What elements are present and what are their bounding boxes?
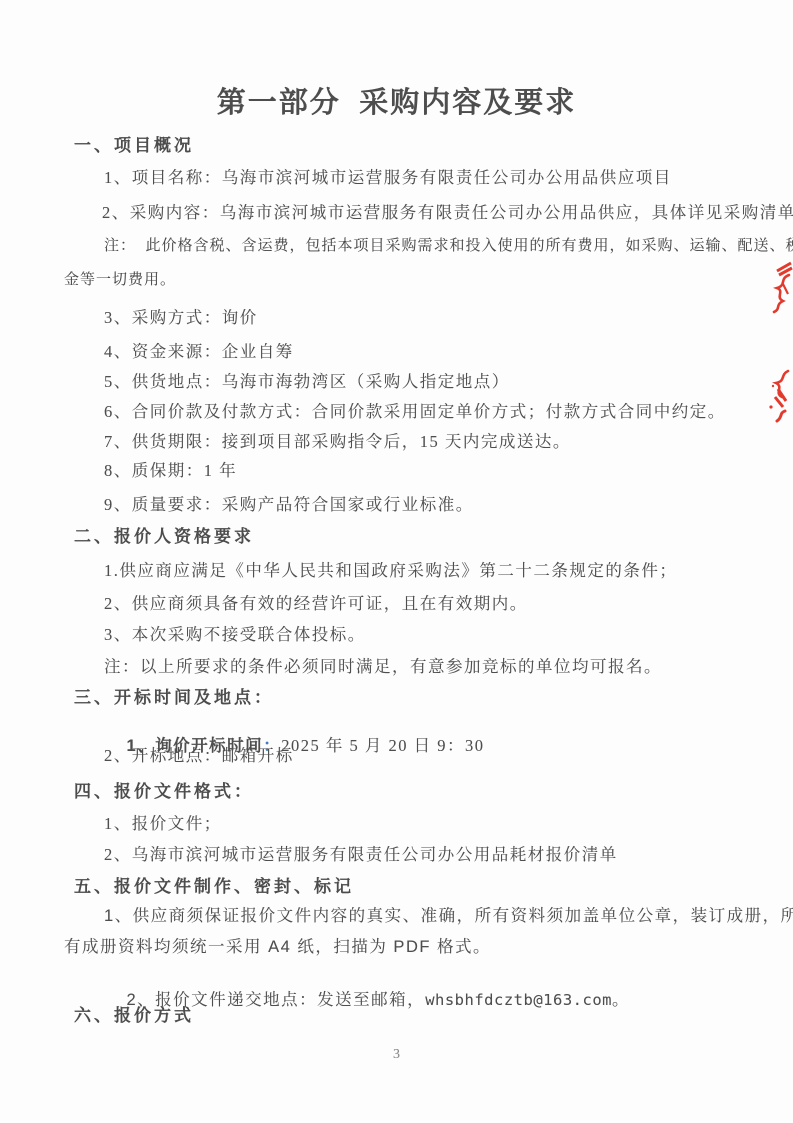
section-5-paragraph-line-2: 有成册资料均须统一采用 A4 纸，扫描为 PDF 格式。 (64, 933, 491, 957)
section-1-item-8: 8、质保期：1 年 (104, 457, 237, 481)
section-1-heading: 一、项目概况 (74, 131, 194, 156)
red-stamp-fragment-icon (766, 366, 792, 424)
section-5-heading: 五、报价文件制作、密封、标记 (74, 872, 354, 897)
page-number: 3 (0, 1047, 793, 1063)
section-1-item-7: 7、供货期限：接到项目部采购指令后，15 天内完成送达。 (104, 428, 571, 452)
section-4-item-2: 2、乌海市滨河城市运营服务有限责任公司办公用品耗材报价清单 (104, 841, 618, 865)
section-1-item-5: 5、供货地点：乌海市海勃湾区（采购人指定地点） (104, 368, 510, 392)
section-4-heading: 四、报价文件格式： (74, 777, 254, 802)
section-2-item-2: 2、供应商须具备有效的经营许可证，且在有效期内。 (104, 590, 528, 614)
red-stamp-fragment-icon (769, 260, 793, 314)
section-1-item-1: 1、项目名称：乌海市滨河城市运营服务有限责任公司办公用品供应项目 (104, 164, 672, 188)
submit-address-suffix: 。 (612, 991, 630, 1009)
section-4-item-1: 1、报价文件； (104, 810, 222, 834)
section-1-item-4: 4、资金来源：企业自筹 (104, 338, 294, 362)
section-2-item-1: 1.供应商应满足《中华人民共和国政府采购法》第二十二条规定的条件； (104, 557, 677, 581)
section-1-item-6: 6、合同价款及付款方式：合同价款采用固定单价方式；付款方式合同中约定。 (104, 398, 726, 422)
open-time-value: 2025 年 5 月 20 日 9：30 (281, 736, 484, 755)
section-1-item-9: 9、质量要求：采购产品符合国家或行业标准。 (104, 491, 474, 515)
document-page: 第一部分 采购内容及要求 一、项目概况 1、项目名称：乌海市滨河城市运营服务有限… (0, 0, 793, 1123)
section-3-heading: 三、开标时间及地点： (74, 683, 274, 708)
section-3-item-2: 2、开标地点：邮箱开标 (104, 742, 294, 766)
section-1-item-3: 3、采购方式：询价 (104, 304, 258, 328)
page-title: 第一部分 采购内容及要求 (0, 80, 793, 121)
section-6-heading: 六、报价方式 (74, 1001, 194, 1026)
section-5-paragraph-line-1: 1、供应商须保证报价文件内容的真实、准确，所有资料须加盖单位公章，装订成册，所 (104, 902, 793, 926)
section-1-note-line-1: 注： 此价格含税、含运费，包括本项目采购需求和投入使用的所有费用，如采购、运输、… (104, 234, 793, 255)
section-2-heading: 二、报价人资格要求 (74, 522, 254, 547)
section-1-note-line-2: 金等一切费用。 (64, 268, 176, 289)
section-2-item-3: 3、本次采购不接受联合体投标。 (104, 621, 366, 645)
submit-email-address: whsbhfdcztb@163.com (425, 991, 612, 1009)
section-2-note: 注：以上所要求的条件必须同时满足，有意参加竞标的单位均可报名。 (104, 653, 662, 677)
section-1-item-2: 2、采购内容：乌海市滨河城市运营服务有限责任公司办公用品供应，具体详见采购清单。 (102, 199, 793, 223)
